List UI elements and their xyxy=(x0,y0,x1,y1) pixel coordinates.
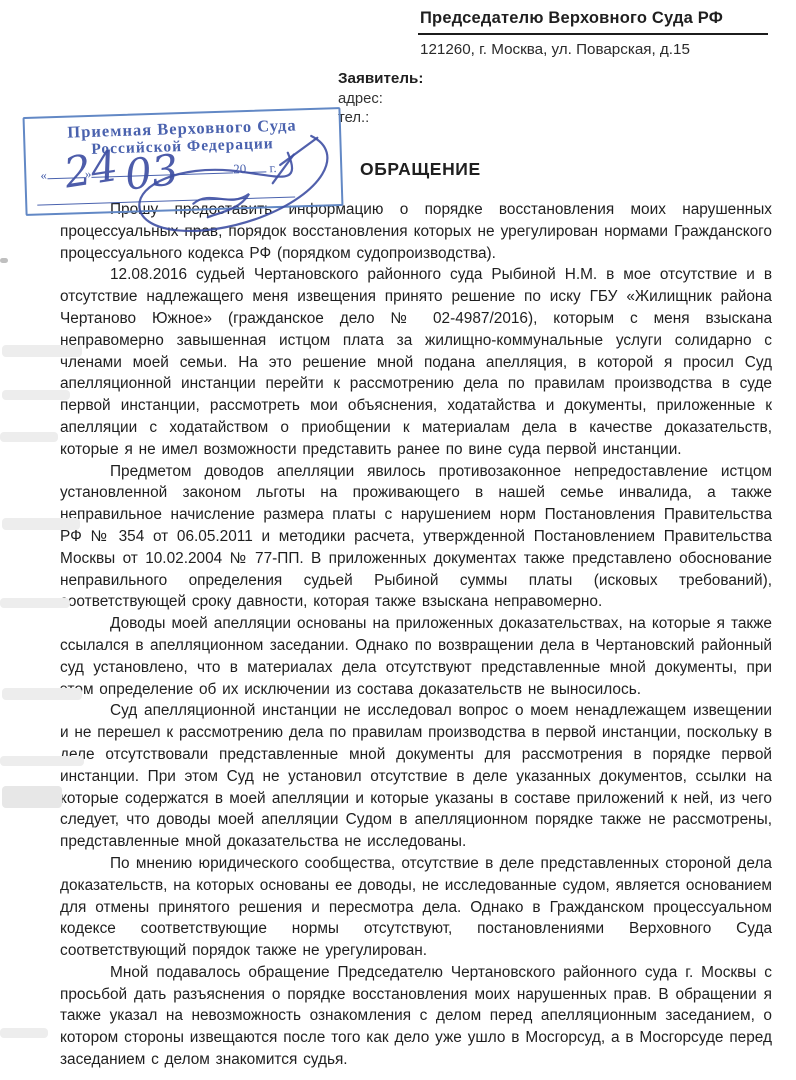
paragraph: По мнению юридического сообщества, отсут… xyxy=(60,853,772,962)
scan-artifact xyxy=(0,1028,48,1038)
document-body: Прошу предоставить информацию о порядке … xyxy=(60,199,772,1071)
applicant-label: Заявитель: xyxy=(338,70,423,87)
scan-artifact xyxy=(0,258,8,263)
recipient-underline xyxy=(418,33,768,35)
scanned-document-page: Председателю Верховного Суда РФ 121260, … xyxy=(0,0,796,1080)
scan-artifact xyxy=(2,518,80,530)
stamp-year-prefix: 20 xyxy=(233,161,246,176)
scan-artifact xyxy=(0,756,84,766)
stamp-signature-line xyxy=(37,196,295,205)
stamp-year-label: г. xyxy=(269,160,277,175)
paragraph: Суд апелляционной инстанции не исследова… xyxy=(60,700,772,853)
stamp-month-blank xyxy=(91,160,233,177)
reception-stamp: Приемная Верховного Суда Российской Феде… xyxy=(23,107,344,216)
paragraph: Доводы моей апелляции основаны на прилож… xyxy=(60,613,772,700)
scan-artifact xyxy=(2,390,70,400)
stamp-day-blank xyxy=(47,165,85,179)
document-title: ОБРАЩЕНИЕ xyxy=(360,159,481,180)
paragraph: Предметом доводов апелляции явилось прот… xyxy=(60,461,772,614)
paragraph: 12.08.2016 судьей Чертановского районног… xyxy=(60,264,772,460)
scan-artifact xyxy=(2,345,82,357)
recipient-title: Председателю Верховного Суда РФ xyxy=(420,9,723,28)
stamp-date-line: «»20 г. xyxy=(40,159,277,183)
applicant-phone-label: тел.: xyxy=(338,110,369,126)
stamp-year-blank xyxy=(246,159,266,173)
applicant-address-label: адрес: xyxy=(338,91,383,107)
scan-artifact xyxy=(0,598,70,608)
paragraph: Мной подавалось обращение Председателю Ч… xyxy=(60,962,772,1071)
scan-artifact xyxy=(2,786,62,808)
scan-artifact xyxy=(0,432,58,442)
recipient-address: 121260, г. Москва, ул. Поварская, д.15 xyxy=(420,41,690,58)
scan-artifact xyxy=(2,688,82,700)
